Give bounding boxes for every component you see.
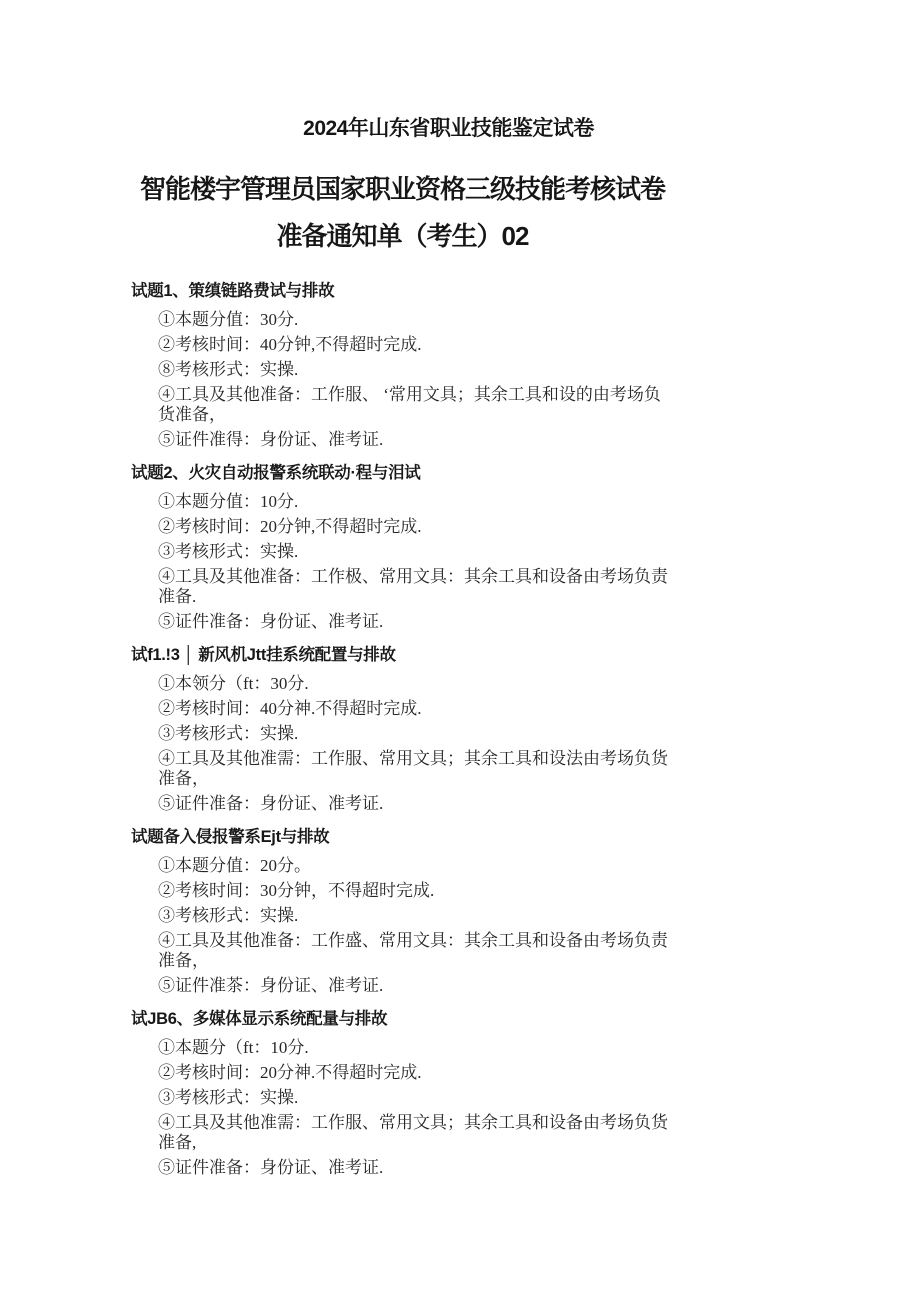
section-5-item-tools: ④工具及其他准备：工作盛、常用文具：其余工具和设备由考场负责准备， [158, 931, 675, 971]
section-question-5: 试题备入侵报警系Ejt与排故 ①本题分值：20分。 ②考核时间：30分钟，不得超… [130, 827, 675, 996]
section-1-item-tools: ④工具及其他准备：工作服、 ‘常用文具；其余工具和设的由考场负货准备， [158, 385, 675, 425]
document-body: 2024年山东省职业技能鉴定试卷 智能楼宇管理员国家职业资格三级技能考核试卷 准… [0, 0, 675, 1178]
section-2-item-tools: ④工具及其他准备：工作极、常用文具：其余工具和设备由考场负责准备. [158, 567, 675, 607]
section-3-heading: 试f1.!3 │ 新风机Jtt挂系统配置与排故 [131, 645, 675, 665]
section-2-item-format: ③考核形式：实操. [158, 542, 675, 562]
exam-main-title: 智能楼宇管理员国家职业资格三级技能考核试卷 [130, 174, 675, 204]
question-sections: 试题1、策缜链路费试与排故 ①本题分值：30分. ②考核时间：40分钟,不得超时… [130, 281, 675, 1178]
section-5-item-time: ②考核时间：30分钟，不得超时完成. [158, 881, 675, 901]
section-5-heading: 试题备入侵报警系Ejt与排故 [131, 827, 675, 847]
section-question-1: 试题1、策缜链路费试与排故 ①本题分值：30分. ②考核时间：40分钟,不得超时… [130, 281, 675, 450]
document-page: 2024年山东省职业技能鉴定试卷 智能楼宇管理员国家职业资格三级技能考核试卷 准… [0, 0, 920, 1301]
section-3-item-tools: ④工具及其他准需：工作服、常用文具；其余工具和设法由考场负货准备， [158, 749, 675, 789]
section-6-item-format: ③考核形式：实操. [158, 1088, 675, 1108]
section-3-item-score: ①本领分（ft：30分. [158, 674, 675, 694]
section-6-item-score: ①本题分（ft：10分. [158, 1038, 675, 1058]
section-6-heading: 试JB6、多媒体显示系统配量与排故 [131, 1009, 675, 1029]
section-1-item-format: ⑧考核形式：实操. [158, 360, 675, 380]
section-2-item-time: ②考核时间：20分钟,不得超时完成. [158, 517, 675, 537]
section-2-item-credentials: ⑤证件准备：身份证、准考证. [158, 612, 675, 632]
section-question-3: 试f1.!3 │ 新风机Jtt挂系统配置与排故 ①本领分（ft：30分. ②考核… [130, 645, 675, 814]
section-3-item-time: ②考核时间：40分神.不得超时完成. [158, 699, 675, 719]
section-2-heading: 试题2、火灾自动报警系统联动·程与泪试 [131, 463, 675, 483]
section-3-item-format: ③考核形式：实操. [158, 724, 675, 744]
section-6-item-time: ②考核时间：20分神.不得超时完成. [158, 1063, 675, 1083]
section-1-item-credentials: ⑤证件准得：身份证、准考证. [158, 430, 675, 450]
section-1-heading: 试题1、策缜链路费试与排故 [131, 281, 675, 301]
section-5-item-score: ①本题分值：20分。 [158, 856, 675, 876]
section-question-6: 试JB6、多媒体显示系统配量与排故 ①本题分（ft：10分. ②考核时间：20分… [130, 1009, 675, 1178]
section-1-item-time: ②考核时间：40分钟,不得超时完成. [158, 335, 675, 355]
section-5-item-format: ③考核形式：实操. [158, 906, 675, 926]
section-question-2: 试题2、火灾自动报警系统联动·程与泪试 ①本题分值：10分. ②考核时间：20分… [130, 463, 675, 632]
section-6-item-credentials: ⑤证件准备：身份证、准考证. [158, 1158, 675, 1178]
exam-year-title: 2024年山东省职业技能鉴定试卷 [176, 116, 721, 142]
section-2-item-score: ①本题分值：10分. [158, 492, 675, 512]
exam-subtitle: 准备通知单（考生）02 [130, 221, 675, 251]
section-1-item-score: ①本题分值：30分. [158, 310, 675, 330]
section-5-item-credentials: ⑤证件准茶：身份证、准考证. [158, 976, 675, 996]
section-3-item-credentials: ⑤证件准备：身份证、准考证. [158, 794, 675, 814]
section-6-item-tools: ④工具及其他准需：工作服、常用文具；其余工具和设备由考场负货准备, [158, 1113, 675, 1153]
